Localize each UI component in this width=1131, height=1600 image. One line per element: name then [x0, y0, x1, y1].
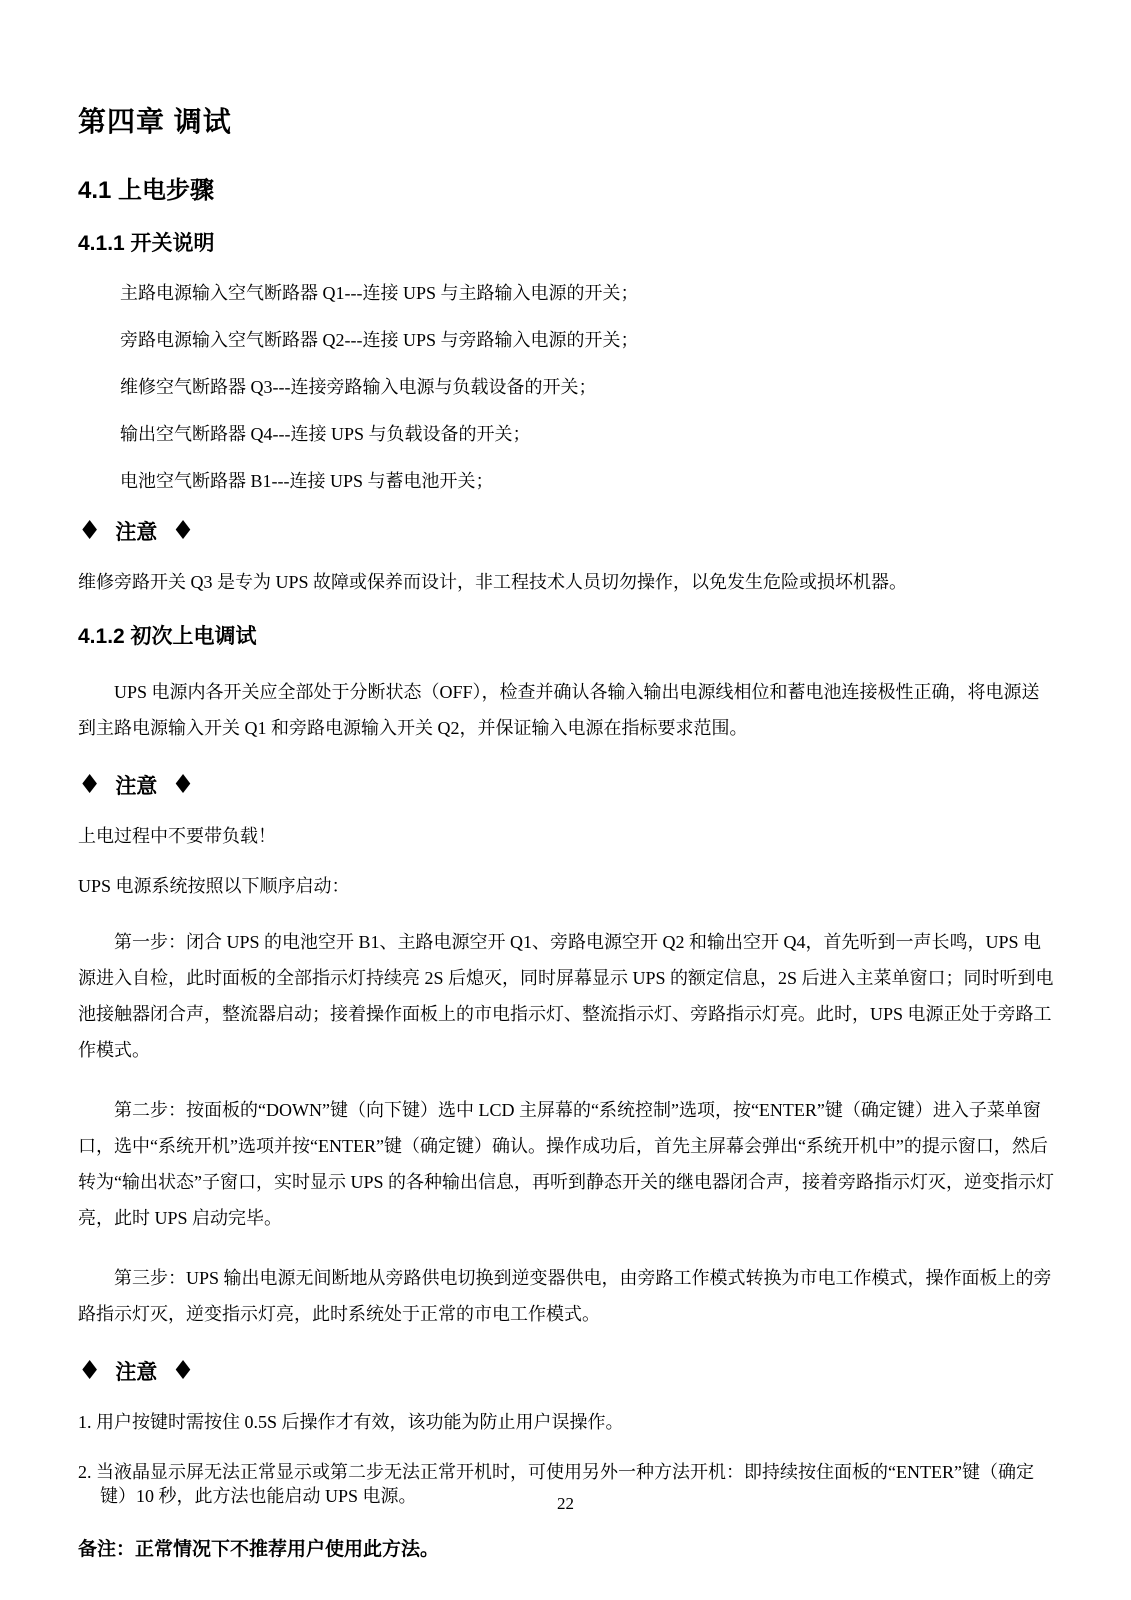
diamond-icon: ♦ — [171, 521, 194, 542]
diamond-icon: ♦ — [78, 1361, 101, 1382]
section-4-1-2-title: 4.1.2 初次上电调试 — [78, 620, 1055, 650]
note-2-line-no-load: 上电过程中不要带负载！ — [78, 824, 1055, 848]
note-2-line-startup-order: UPS 电源系统按照以下顺序启动： — [78, 874, 1055, 898]
page-number: 22 — [0, 1494, 1131, 1514]
chapter-title: 第四章 调试 — [78, 100, 1055, 140]
note-label: 注意 — [115, 516, 157, 546]
step-1-paragraph: 第一步：闭合 UPS 的电池空开 B1、主路电源空开 Q1、旁路电源空开 Q2 … — [78, 924, 1055, 1068]
step-3-paragraph: 第三步：UPS 输出电源无间断地从旁路供电切换到逆变器供电，由旁路工作模式转换为… — [78, 1260, 1055, 1332]
note-heading-2: ♦ 注意 ♦ — [78, 770, 1055, 800]
switch-list-item-b1: 电池空气断路器 B1---连接 UPS 与蓄电池开关； — [78, 469, 1055, 493]
step-2-paragraph: 第二步：按面板的“DOWN”键（向下键）选中 LCD 主屏幕的“系统控制”选项，… — [78, 1092, 1055, 1236]
note-label: 注意 — [115, 770, 157, 800]
switch-list-item-q4: 输出空气断路器 Q4---连接 UPS 与负载设备的开关； — [78, 422, 1055, 446]
note-heading-3: ♦ 注意 ♦ — [78, 1356, 1055, 1386]
note-1-text: 维修旁路开关 Q3 是专为 UPS 故障或保养而设计，非工程技术人员切勿操作，以… — [78, 570, 1055, 594]
switch-list-item-q3: 维修空气断路器 Q3---连接旁路输入电源与负载设备的开关； — [78, 375, 1055, 399]
remark-line: 备注：正常情况下不推荐用户使用此方法。 — [78, 1534, 1055, 1561]
note-label: 注意 — [115, 1356, 157, 1386]
section-4-1-title: 4.1 上电步骤 — [78, 170, 1055, 205]
diamond-icon: ♦ — [171, 1361, 194, 1382]
switch-list-item-q2: 旁路电源输入空气断路器 Q2---连接 UPS 与旁路输入电源的开关； — [78, 328, 1055, 352]
section-4-1-1-title: 4.1.1 开关说明 — [78, 227, 1055, 257]
switch-list-item-q1: 主路电源输入空气断路器 Q1---连接 UPS 与主路输入电源的开关； — [78, 281, 1055, 305]
note-heading-1: ♦ 注意 ♦ — [78, 516, 1055, 546]
note-3-item-1: 1. 用户按键时需按住 0.5S 后操作才有效，该功能为防止用户误操作。 — [78, 1410, 1055, 1434]
diamond-icon: ♦ — [78, 775, 101, 796]
diamond-icon: ♦ — [78, 521, 101, 542]
switch-list: 主路电源输入空气断路器 Q1---连接 UPS 与主路输入电源的开关； 旁路电源… — [78, 281, 1055, 493]
diamond-icon: ♦ — [171, 775, 194, 796]
paragraph-4-1-2: UPS 电源内各开关应全部处于分断状态（OFF），检查并确认各输入输出电源线相位… — [78, 674, 1055, 746]
document-page: 第四章 调试 4.1 上电步骤 4.1.1 开关说明 主路电源输入空气断路器 Q… — [0, 0, 1131, 1600]
